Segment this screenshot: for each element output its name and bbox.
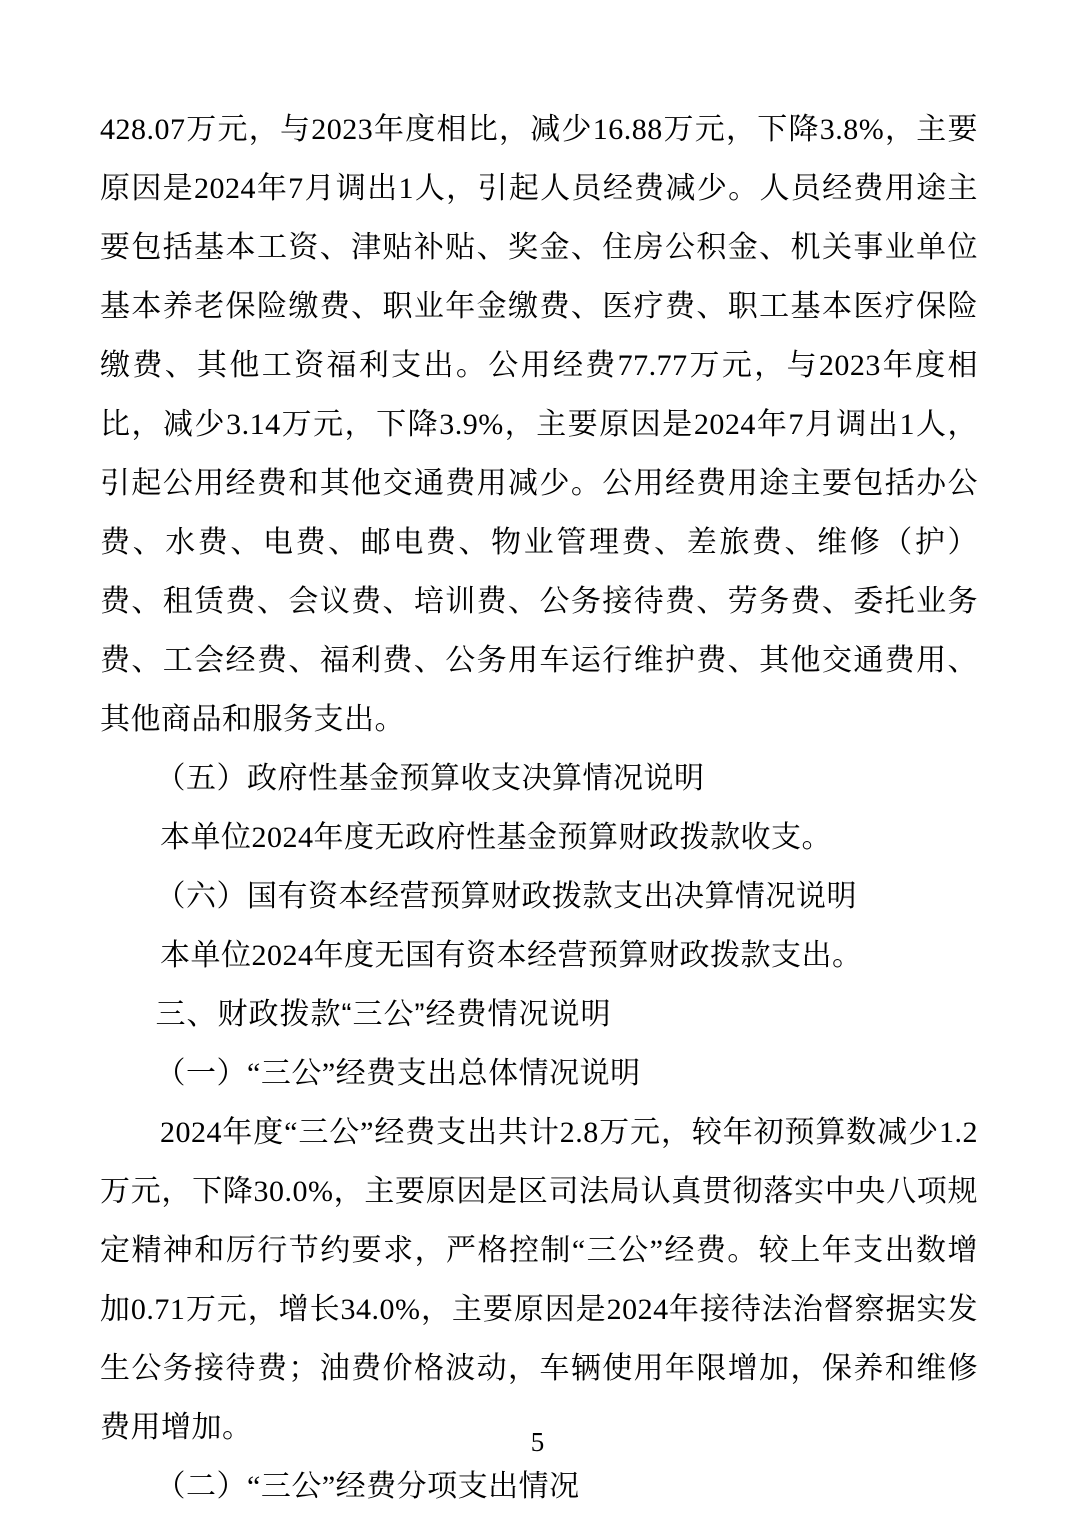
heading-section-six-state-capital-budget: （六）国有资本经营预算财政拨款支出决算情况说明 (100, 867, 978, 926)
document-content: 428.07万元，与2023年度相比，减少16.88万元，下降3.8%，主要原因… (100, 100, 978, 1516)
page-number: 5 (531, 1427, 545, 1457)
document-page: 428.07万元，与2023年度相比，减少16.88万元，下降3.8%，主要原因… (0, 0, 1075, 1520)
heading-sub-one-three-public-overall: （一）“三公”经费支出总体情况说明 (100, 1044, 978, 1103)
heading-sub-two-three-public-itemized: （二）“三公”经费分项支出情况 (100, 1457, 978, 1516)
paragraph-personnel-and-public-funds: 428.07万元，与2023年度相比，减少16.88万元，下降3.8%，主要原因… (100, 100, 978, 749)
heading-section-five-government-fund-budget: （五）政府性基金预算收支决算情况说明 (100, 749, 978, 808)
paragraph-no-state-capital-budget: 本单位2024年度无国有资本经营预算财政拨款支出。 (100, 926, 978, 985)
heading-part-three-three-public-funds: 三、财政拨款“三公”经费情况说明 (100, 985, 978, 1044)
paragraph-three-public-overall-explanation: 2024年度“三公”经费支出共计2.8万元，较年初预算数减少1.2万元，下降30… (100, 1103, 978, 1457)
paragraph-no-government-fund-budget: 本单位2024年度无政府性基金预算财政拨款收支。 (100, 808, 978, 867)
page-footer: 5 (0, 1422, 1075, 1462)
